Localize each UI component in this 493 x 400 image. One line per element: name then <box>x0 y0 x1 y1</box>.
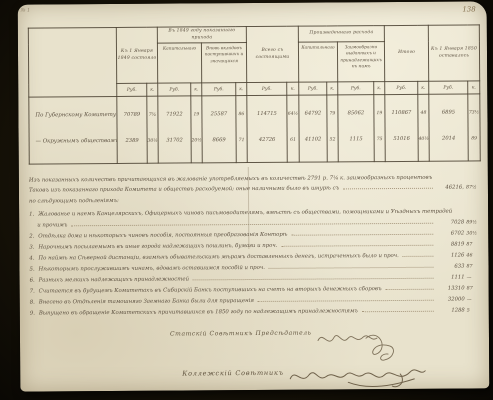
unit-rub-label: Руб. <box>247 82 287 95</box>
dotted-leader <box>258 300 434 302</box>
table-cell: 68952014 <box>429 94 468 161</box>
unit-kop-label: к. <box>374 82 385 95</box>
table-cell: 4840½ <box>418 94 429 161</box>
header-col-expense-capital: Капитальнаго <box>298 42 337 82</box>
amount-kop: 87 <box>465 283 481 294</box>
header-col-opening: Къ 1 Января 1849 состояло <box>116 27 157 83</box>
dotted-leader <box>269 267 434 269</box>
amount-rub: 633 <box>436 262 464 273</box>
item-number: 9. <box>30 309 39 320</box>
item-number: 5. <box>29 265 38 276</box>
table-cell: 11471542726 <box>247 95 287 162</box>
dotted-leader <box>292 234 434 236</box>
signature-title: Статскiй Совѣтникъ Предсѣдатель <box>170 330 312 338</box>
amount-kop: 87½ <box>464 183 480 193</box>
corner-note: № 1 <box>21 8 31 14</box>
amount-kop: 30½ <box>464 228 480 239</box>
table-cell: 7¾30½ <box>147 96 158 163</box>
item-text: и прочимъ <box>37 220 67 231</box>
signature-line-secretary: Коллежскiй Совѣтникъ <box>182 362 428 394</box>
table-cell: 7952 <box>327 95 338 162</box>
notes-section: Изъ показанныхъ количествъ причитающихся… <box>29 172 481 319</box>
unit-kop-label: к. <box>236 83 247 96</box>
dotted-leader <box>403 256 434 257</box>
unit-rub-label: Руб. <box>158 83 191 96</box>
table-cell: 64½61 <box>287 95 299 162</box>
unit-rub-label: Руб. <box>429 81 468 94</box>
label-column-header <box>28 27 116 97</box>
amount-rub: 6702 <box>436 229 464 240</box>
unit-rub-label: Руб. <box>202 83 236 96</box>
table-cell: 73½89 <box>468 94 480 161</box>
dotted-leader <box>343 188 433 190</box>
amount-kop: 5 <box>465 305 481 316</box>
item-number: 8. <box>30 298 39 309</box>
header-col-closing: Къ 1 Января 1850 оставалось <box>428 25 479 81</box>
amount-kop: 87 <box>464 239 480 250</box>
amount-kop: 87 <box>464 261 480 272</box>
unit-kop-label: к. <box>147 83 158 96</box>
table-cell: 1975 <box>374 95 385 162</box>
amount-rub: 1126 <box>436 251 464 262</box>
amount-rub: 32000 <box>437 295 465 306</box>
item-number: 4. <box>29 254 38 265</box>
dotted-leader <box>386 289 434 290</box>
amount-kop: 46 <box>464 250 480 261</box>
amount-rub: 13310 <box>437 284 465 295</box>
unit-kop-label: к. <box>468 81 480 94</box>
unit-rub-label: Руб. <box>299 82 327 95</box>
unit-rub-label: Руб. <box>338 82 374 95</box>
amount-rub: 7028 <box>436 218 464 229</box>
amount-rub: 1288 <box>437 306 465 317</box>
signature-flourish-icon <box>315 326 401 367</box>
amount-kop: — <box>465 294 481 305</box>
dotted-leader <box>71 223 433 227</box>
note-line: по слѣдующимъ подѣленiямъ: <box>29 193 480 206</box>
row-label: — Окружнымъ обществамъ <box>30 128 117 155</box>
page-number: 138 <box>462 5 475 13</box>
signature-title: Коллежскiй Совѣтникъ <box>182 369 284 378</box>
header-col-total-with: Всего съ состоящими <box>246 26 298 82</box>
amount-kop: — <box>465 272 481 283</box>
table-cell: 255878669 <box>202 96 236 163</box>
amount-rub: 8819 <box>436 240 464 251</box>
item-text: Нѣкоторымъ прослужившимъ чинамъ, вдовамъ… <box>38 263 264 276</box>
table-cell: 1920½ <box>191 96 202 163</box>
header-col-expense-loans: Заимообразно выданныхъ и принадлежащихъ … <box>337 42 384 82</box>
header-col-income-new: Вновь вкладовъ поступившихъ и значащихся <box>201 43 246 83</box>
table-cell: 7192231702 <box>158 96 191 163</box>
dotted-leader <box>362 311 434 313</box>
dotted-leader <box>281 245 433 247</box>
ledger-table: Къ 1 Января 1849 состояло Въ 1849 году п… <box>28 24 481 164</box>
header-col-income-capital: Капитальнаго <box>157 43 201 83</box>
row-labels-cell: По Губернскому Комитету — Окружнымъ обще… <box>29 96 117 164</box>
expenditure-items: 1. Жалованье и наемъ Канцелярскихъ, Офиц… <box>29 206 481 319</box>
row-label: По Губернскому Комитету <box>29 102 116 129</box>
unit-kop-label: к. <box>418 81 429 94</box>
header-group-expense: Произведеннаго расхода <box>298 26 384 43</box>
header-col-total: Итого <box>384 25 428 81</box>
unit-rub-label: Руб. <box>117 83 147 96</box>
table-cell: 850621115 <box>338 95 374 162</box>
unit-rub-label: Руб. <box>385 81 418 94</box>
item-number: 1. <box>29 210 38 221</box>
amount-kop: 89½ <box>464 217 480 228</box>
dotted-leader <box>193 278 434 281</box>
item-number: 7. <box>30 287 39 298</box>
amount-rub: 46216, <box>436 183 464 193</box>
unit-kop-label: к. <box>191 83 202 96</box>
photo-background: № 1 138 Къ 1 Января 1849 состояло Въ 184… <box>0 0 493 400</box>
list-item: 9. Выпущено въ обращенiе Комитетскихъ пр… <box>30 305 481 319</box>
item-number: 3. <box>29 243 38 254</box>
amount-rub: 1111 <box>437 273 465 284</box>
table-cell: 8671 <box>236 96 247 163</box>
unit-kop-label: к. <box>327 82 338 95</box>
table-cell: 6479241102 <box>299 95 327 162</box>
table-cell: 11086751016 <box>385 94 418 161</box>
item-number: 2. <box>29 232 38 243</box>
table-cell: 707892389 <box>117 96 147 163</box>
header-group-income: Въ 1849 году показаннаго прихода <box>157 27 246 44</box>
item-number: 6. <box>30 276 39 287</box>
signature-flourish-icon <box>288 362 428 393</box>
document-page: № 1 138 Къ 1 Января 1849 состояло Въ 184… <box>18 1 490 391</box>
item-text: Выпущено въ обращенiе Комитетскихъ причи… <box>39 306 358 319</box>
unit-kop-label: к. <box>287 82 299 95</box>
